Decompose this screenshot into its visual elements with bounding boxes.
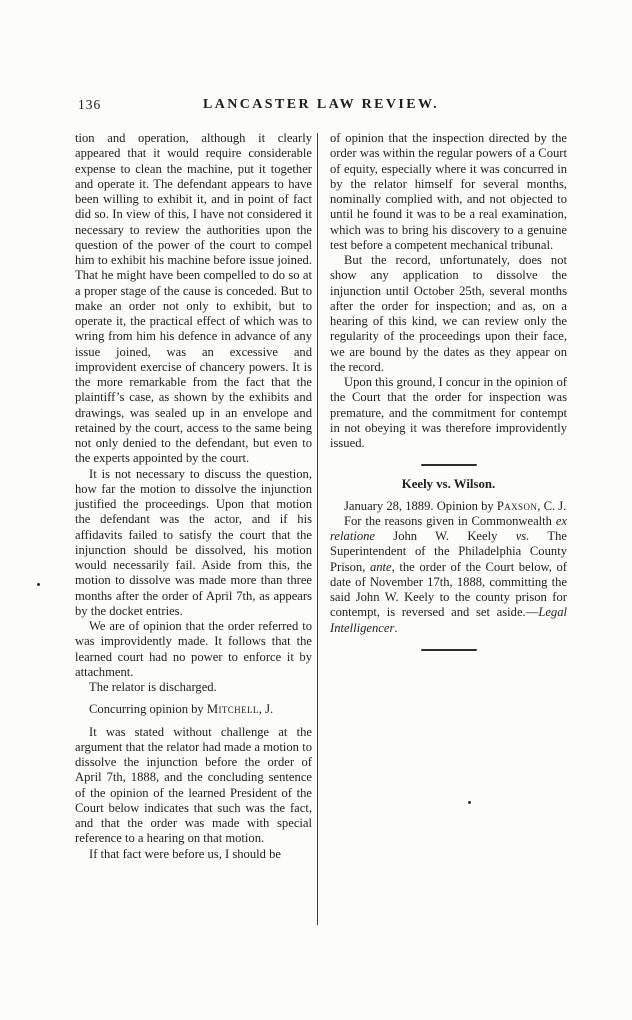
paragraph: tion and operation, although it clearly … bbox=[75, 131, 312, 467]
text-segment: vs. bbox=[516, 529, 530, 543]
paragraph: But the record, unfortunately, does not … bbox=[330, 253, 567, 375]
paragraph: We are of opinion that the order referre… bbox=[75, 619, 312, 680]
section-divider-rule bbox=[421, 649, 477, 651]
ink-speck bbox=[37, 583, 40, 586]
left-text-column: tion and operation, although it clearly … bbox=[75, 131, 312, 862]
paragraph: The relator is discharged. bbox=[75, 680, 312, 695]
text-segment: For the reasons given in Commonwealth bbox=[344, 514, 556, 528]
paragraph: of opinion that the inspection directed … bbox=[330, 131, 567, 253]
judge-name: Mitchell bbox=[207, 702, 259, 716]
paragraph: If that fact were before us, I should be bbox=[75, 847, 312, 862]
text-segment: . bbox=[394, 621, 397, 635]
text-segment: ante bbox=[370, 560, 392, 574]
judge-name: Paxson bbox=[497, 499, 537, 513]
paragraph: Concurring opinion by Mitchell, J. bbox=[75, 702, 312, 717]
text-segment: , J. bbox=[259, 702, 273, 716]
paragraph: January 28, 1889. Opinion by Paxson, C. … bbox=[330, 499, 567, 514]
text-segment: , C. J. bbox=[537, 499, 566, 513]
section-divider-rule bbox=[421, 464, 477, 466]
right-text-column: of opinion that the inspection directed … bbox=[330, 131, 567, 660]
text-segment: January 28, 1889. Opinion by bbox=[344, 499, 497, 513]
paragraph: It was stated without challenge at the a… bbox=[75, 725, 312, 847]
column-divider-rule bbox=[317, 133, 318, 925]
paragraph: Upon this ground, I concur in the opinio… bbox=[330, 375, 567, 451]
running-head: 136 LANCASTER LAW REVIEW. bbox=[75, 97, 567, 117]
text-segment: John W. Keely bbox=[375, 529, 516, 543]
journal-title: LANCASTER LAW REVIEW. bbox=[75, 97, 567, 113]
ink-speck bbox=[468, 801, 471, 804]
scanned-law-review-page: 136 LANCASTER LAW REVIEW. tion and opera… bbox=[0, 0, 632, 1020]
case-title: Keely vs. Wilson. bbox=[330, 477, 567, 492]
paragraph: It is not necessary to discuss the quest… bbox=[75, 467, 312, 620]
paragraph: For the reasons given in Commonwealth ex… bbox=[330, 514, 567, 636]
text-segment: Concurring opinion by bbox=[89, 702, 207, 716]
